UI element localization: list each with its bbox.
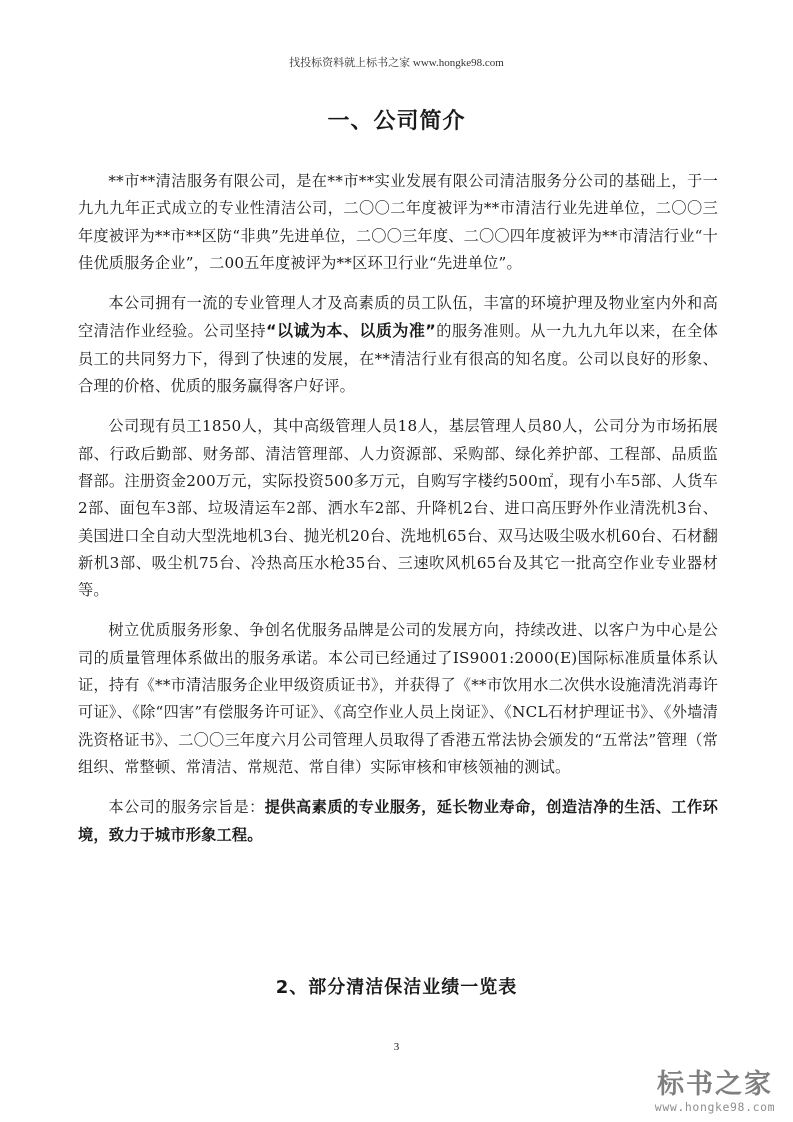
service-motto: “以诚为本、以质为准” (266, 321, 436, 340)
paragraph-company-strengths: 本公司拥有一流的专业管理人才及高素质的员工队伍，丰富的环境护理及物业室内外和高空… (78, 290, 718, 400)
watermark-title: 标书之家 (640, 1070, 790, 1100)
document-body: **市**清洁服务有限公司，是在**市**实业发展有限公司清洁服务分公司的基础上… (78, 168, 718, 862)
section-title: 2、部分清洁保洁业绩一览表 (0, 973, 793, 999)
page-header-note: 找投标资料就上标书之家 www.hongke98.com (0, 54, 793, 70)
page-title: 一、公司简介 (0, 104, 793, 135)
paragraph-service-mission: 本公司的服务宗旨是：提供高素质的专业服务，延长物业寿命，创造洁净的生活、工作环境… (78, 794, 718, 849)
paragraph-company-history: **市**清洁服务有限公司，是在**市**实业发展有限公司清洁服务分公司的基础上… (78, 168, 718, 277)
paragraph-certifications: 树立优质服务形象、争创名优服务品牌是公司的发展方向，持续改进、以客户为中心是公司… (78, 617, 718, 781)
watermark-logo: 标书之家 www.hongke98.com (640, 1070, 790, 1114)
text-span: 本公司的服务宗旨是： (108, 798, 264, 816)
watermark-url: www.hongke98.com (640, 1100, 790, 1114)
page-number: 3 (0, 1041, 793, 1053)
paragraph-company-resources: 公司现有员工1850人，其中高级管理人员18人，基层管理人员80人，公司分为市场… (78, 413, 718, 604)
